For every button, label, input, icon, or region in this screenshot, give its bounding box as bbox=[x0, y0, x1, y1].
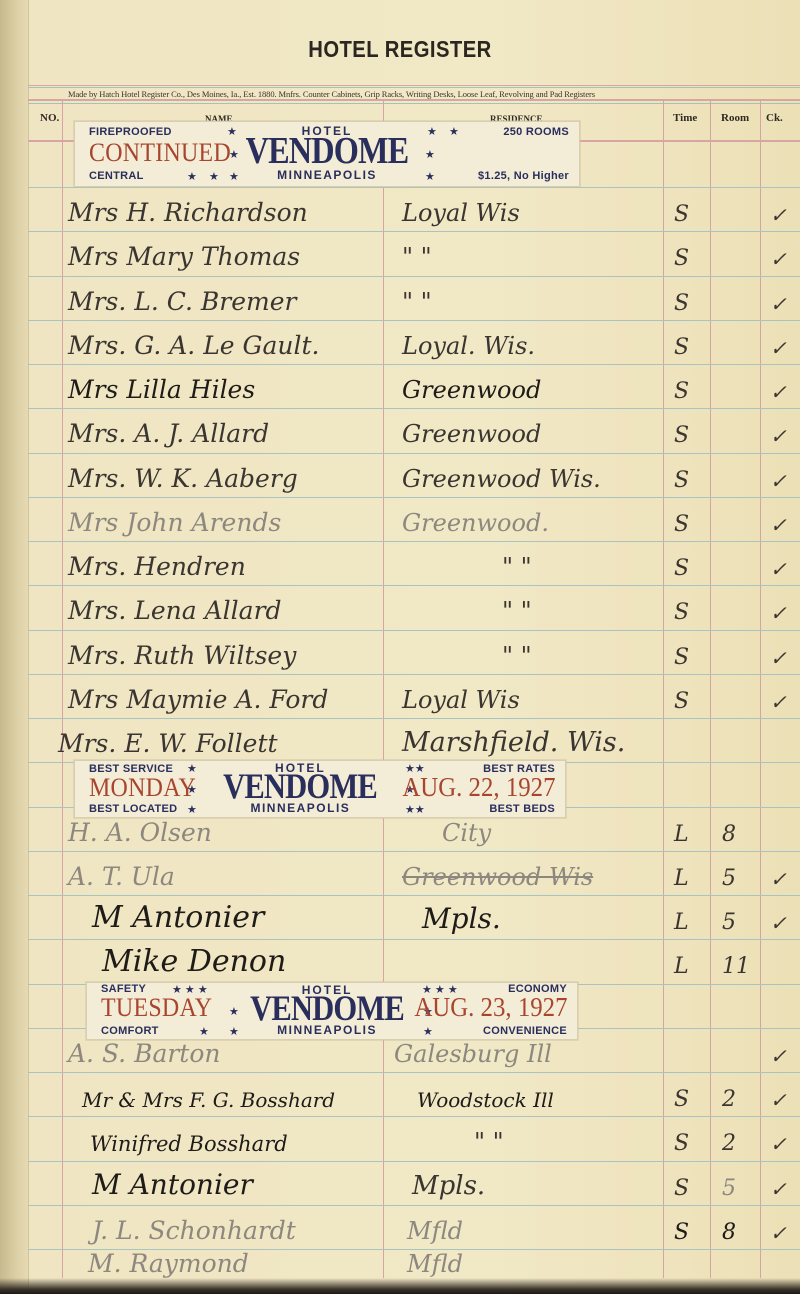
banner-tagline: FIREPROOFED bbox=[89, 126, 172, 138]
header-rule bbox=[28, 103, 800, 104]
guest-residence: " " bbox=[502, 642, 532, 670]
column-header-room: Room bbox=[721, 112, 749, 124]
guest-time: S bbox=[674, 600, 689, 625]
banner-day: TUESDAY bbox=[101, 993, 212, 1023]
star-icon: ★ bbox=[229, 148, 239, 161]
page-title: HOTEL REGISTER bbox=[48, 36, 752, 63]
guest-name: Mrs. Ruth Wiltsey bbox=[68, 641, 296, 670]
maker-imprint: Made by Hatch Hotel Register Co., Des Mo… bbox=[68, 89, 595, 99]
guest-name: Mrs. Lena Allard bbox=[68, 596, 282, 625]
register-entry: Mrs. L. C. Bremer " " S ✓ bbox=[62, 276, 800, 320]
guest-name: Mrs Lilla Hiles bbox=[68, 375, 255, 404]
guest-name: H. A. Olsen bbox=[68, 818, 212, 847]
header-rule bbox=[28, 99, 800, 101]
register-entry: Mrs. W. K. Aaberg Greenwood Wis. S ✓ bbox=[62, 453, 800, 497]
star-icon: ★ bbox=[425, 170, 435, 183]
guest-name: Mrs. E. W. Follett bbox=[58, 729, 278, 758]
guest-residence: Mpls. bbox=[422, 902, 501, 935]
banner-day: CONTINUED bbox=[89, 138, 231, 168]
guest-residence: Loyal Wis bbox=[402, 199, 520, 227]
register-entry: Mrs John Arends Greenwood. S ✓ bbox=[62, 497, 800, 541]
guest-name: Mrs Mary Thomas bbox=[68, 242, 300, 271]
guest-name: Mrs. G. A. Le Gault. bbox=[68, 331, 320, 360]
guest-time: S bbox=[674, 291, 689, 316]
check-mark-icon: ✓ bbox=[770, 380, 787, 404]
guest-room: 2 bbox=[722, 1131, 736, 1156]
guest-residence: " " bbox=[402, 288, 432, 316]
guest-residence: City bbox=[442, 819, 491, 847]
check-mark-icon: ✓ bbox=[770, 292, 787, 316]
star-icon: ★ bbox=[209, 170, 219, 183]
check-mark-icon: ✓ bbox=[770, 469, 787, 493]
check-mark-icon: ✓ bbox=[770, 911, 787, 935]
guest-name: Winifred Bosshard bbox=[90, 1132, 288, 1156]
register-entry: M Antonier Mpls. S 5 ✓ bbox=[62, 1161, 800, 1205]
guest-room: 11 bbox=[722, 954, 750, 979]
guest-name: M. Raymond bbox=[88, 1249, 249, 1278]
rule-line bbox=[28, 87, 800, 88]
check-mark-icon: ✓ bbox=[770, 1132, 787, 1156]
guest-residence: " " bbox=[502, 553, 532, 581]
register-entry: M. Raymond Mfld bbox=[62, 1238, 800, 1282]
check-mark-icon: ✓ bbox=[770, 1177, 787, 1201]
banner-date: AUG. 23, 1927 bbox=[414, 992, 567, 1023]
guest-room: 5 bbox=[722, 866, 736, 891]
hotel-banner-continued: FIREPROOFED CONTINUED CENTRAL ★ ★ ★ ★ ★ … bbox=[74, 121, 580, 187]
guest-name: A. T. Ula bbox=[68, 862, 175, 891]
guest-name: Mike Denon bbox=[102, 944, 286, 979]
guest-time: S bbox=[674, 202, 689, 227]
check-mark-icon: ✓ bbox=[770, 601, 787, 625]
banner-date: AUG. 22, 1927 bbox=[402, 772, 555, 803]
guest-time: L bbox=[674, 954, 689, 979]
guest-name: Mr & Mrs F. G. Bosshard bbox=[82, 1088, 335, 1112]
banner-day: MONDAY bbox=[89, 773, 196, 803]
banner-hotel-name: VENDOME bbox=[223, 767, 377, 805]
star-icon: ★ bbox=[187, 170, 197, 183]
guest-name: A. S. Barton bbox=[68, 1039, 221, 1068]
guest-residence: Woodstock Ill bbox=[417, 1088, 554, 1112]
guest-residence: Greenwood bbox=[402, 420, 541, 448]
guest-residence: " " bbox=[474, 1128, 504, 1156]
guest-time: L bbox=[674, 822, 689, 847]
guest-residence: Greenwood bbox=[402, 376, 541, 404]
star-icon: ★ bbox=[449, 125, 459, 138]
guest-time: S bbox=[674, 335, 689, 360]
register-entry: Mike Denon L 11 bbox=[62, 939, 800, 983]
check-mark-icon: ✓ bbox=[770, 203, 787, 227]
guest-time: S bbox=[674, 246, 689, 271]
guest-residence: Galesburg Ill bbox=[394, 1040, 552, 1068]
guest-residence: Loyal Wis bbox=[402, 686, 520, 714]
register-entry: Mrs. Ruth Wiltsey " " S ✓ bbox=[62, 630, 800, 674]
guest-time: S bbox=[674, 1176, 689, 1201]
register-entry: Mr & Mrs F. G. Bosshard Woodstock Ill S … bbox=[62, 1072, 800, 1116]
guest-name: Mrs John Arends bbox=[68, 508, 281, 537]
column-header-ck: Ck. bbox=[766, 112, 783, 124]
banner-tagline: CENTRAL bbox=[89, 170, 144, 182]
register-entry: Mrs Maymie A. Ford Loyal Wis S ✓ bbox=[62, 674, 800, 718]
star-icon: ★ ★ ★ bbox=[172, 983, 208, 996]
register-entry: M Antonier Mpls. L 5 ✓ bbox=[62, 895, 800, 939]
guest-time: S bbox=[674, 512, 689, 537]
guest-room: 2 bbox=[722, 1087, 736, 1112]
guest-time: S bbox=[674, 1087, 689, 1112]
check-mark-icon: ✓ bbox=[770, 247, 787, 271]
guest-residence: Greenwood Wis bbox=[402, 863, 593, 891]
guest-room: 5 bbox=[722, 1176, 736, 1201]
guest-name: Mrs Maymie A. Ford bbox=[68, 685, 328, 714]
register-entry: H. A. Olsen City L 8 bbox=[62, 807, 800, 851]
guest-name: Mrs H. Richardson bbox=[68, 198, 308, 227]
register-entry: Mrs Lilla Hiles Greenwood S ✓ bbox=[62, 364, 800, 408]
star-icon: ★ bbox=[187, 762, 197, 775]
register-entry: Mrs H. Richardson Loyal Wis S ✓ bbox=[62, 187, 800, 231]
check-mark-icon: ✓ bbox=[770, 424, 787, 448]
guest-time: S bbox=[674, 379, 689, 404]
star-icon: ★ bbox=[187, 783, 197, 796]
guest-room: 5 bbox=[722, 910, 736, 935]
banner-tagline: 250 ROOMS bbox=[503, 126, 569, 138]
banner-hotel-name: VENDOME bbox=[250, 989, 404, 1027]
register-entry: Mrs. G. A. Le Gault. Loyal. Wis. S ✓ bbox=[62, 320, 800, 364]
check-mark-icon: ✓ bbox=[770, 557, 787, 581]
star-icon: ★ bbox=[227, 125, 237, 138]
guest-time: L bbox=[674, 866, 689, 891]
guest-residence: Greenwood Wis. bbox=[402, 465, 601, 493]
check-mark-icon: ✓ bbox=[770, 690, 787, 714]
check-mark-icon: ✓ bbox=[770, 646, 787, 670]
guest-residence: Loyal. Wis. bbox=[402, 332, 535, 360]
guest-residence: Greenwood. bbox=[402, 509, 549, 537]
rule-line bbox=[28, 85, 800, 86]
star-icon: ★ bbox=[229, 1005, 239, 1018]
banner-tagline: $1.25, No Higher bbox=[478, 170, 569, 182]
guest-time: L bbox=[674, 910, 689, 935]
guest-time: S bbox=[674, 645, 689, 670]
page-binding bbox=[0, 0, 29, 1294]
register-entry: Mrs. E. W. Follett Marshfield. Wis. bbox=[62, 718, 800, 762]
check-mark-icon: ✓ bbox=[770, 1044, 787, 1068]
guest-residence: Mfld bbox=[407, 1250, 463, 1278]
banner-hotel-name: VENDOME bbox=[246, 132, 409, 170]
register-entry: Mrs. Lena Allard " " S ✓ bbox=[62, 585, 800, 629]
check-mark-icon: ✓ bbox=[770, 336, 787, 360]
register-page: HOTEL REGISTER Made by Hatch Hotel Regis… bbox=[0, 0, 800, 1294]
star-icon: ★ bbox=[229, 170, 239, 183]
guest-residence: Mpls. bbox=[412, 1171, 485, 1201]
guest-name: M Antonier bbox=[92, 1168, 253, 1201]
guest-name: Mrs. W. K. Aaberg bbox=[68, 464, 298, 493]
guest-residence: Marshfield. Wis. bbox=[402, 727, 625, 758]
guest-name: Mrs. Hendren bbox=[68, 552, 246, 581]
register-entry: Mrs. A. J. Allard Greenwood S ✓ bbox=[62, 408, 800, 452]
star-icon: ★ bbox=[425, 148, 435, 161]
register-entry: A. T. Ula Greenwood Wis L 5 ✓ bbox=[62, 851, 800, 895]
check-mark-icon: ✓ bbox=[770, 1088, 787, 1112]
guest-name: M Antonier bbox=[92, 900, 264, 935]
column-header-time: Time bbox=[673, 112, 697, 124]
register-entry: Winifred Bosshard " " S 2 ✓ bbox=[62, 1116, 800, 1160]
guest-name: Mrs. A. J. Allard bbox=[68, 419, 269, 448]
guest-time: S bbox=[674, 1131, 689, 1156]
guest-room: 8 bbox=[722, 822, 736, 847]
guest-time: S bbox=[674, 423, 689, 448]
guest-name: Mrs. L. C. Bremer bbox=[68, 287, 296, 316]
banner-city: MINNEAPOLIS bbox=[277, 168, 377, 182]
guest-time: S bbox=[674, 468, 689, 493]
check-mark-icon: ✓ bbox=[770, 513, 787, 537]
register-entry: A. S. Barton Galesburg Ill ✓ bbox=[62, 1028, 800, 1072]
register-entry: Mrs Mary Thomas " " S ✓ bbox=[62, 231, 800, 275]
star-icon: ★ bbox=[427, 125, 437, 138]
guest-residence: " " bbox=[402, 243, 432, 271]
check-mark-icon: ✓ bbox=[770, 867, 787, 891]
guest-residence: " " bbox=[502, 597, 532, 625]
guest-time: S bbox=[674, 689, 689, 714]
guest-time: S bbox=[674, 556, 689, 581]
column-header-no: NO. bbox=[40, 112, 59, 124]
register-entry: Mrs. Hendren " " S ✓ bbox=[62, 541, 800, 585]
